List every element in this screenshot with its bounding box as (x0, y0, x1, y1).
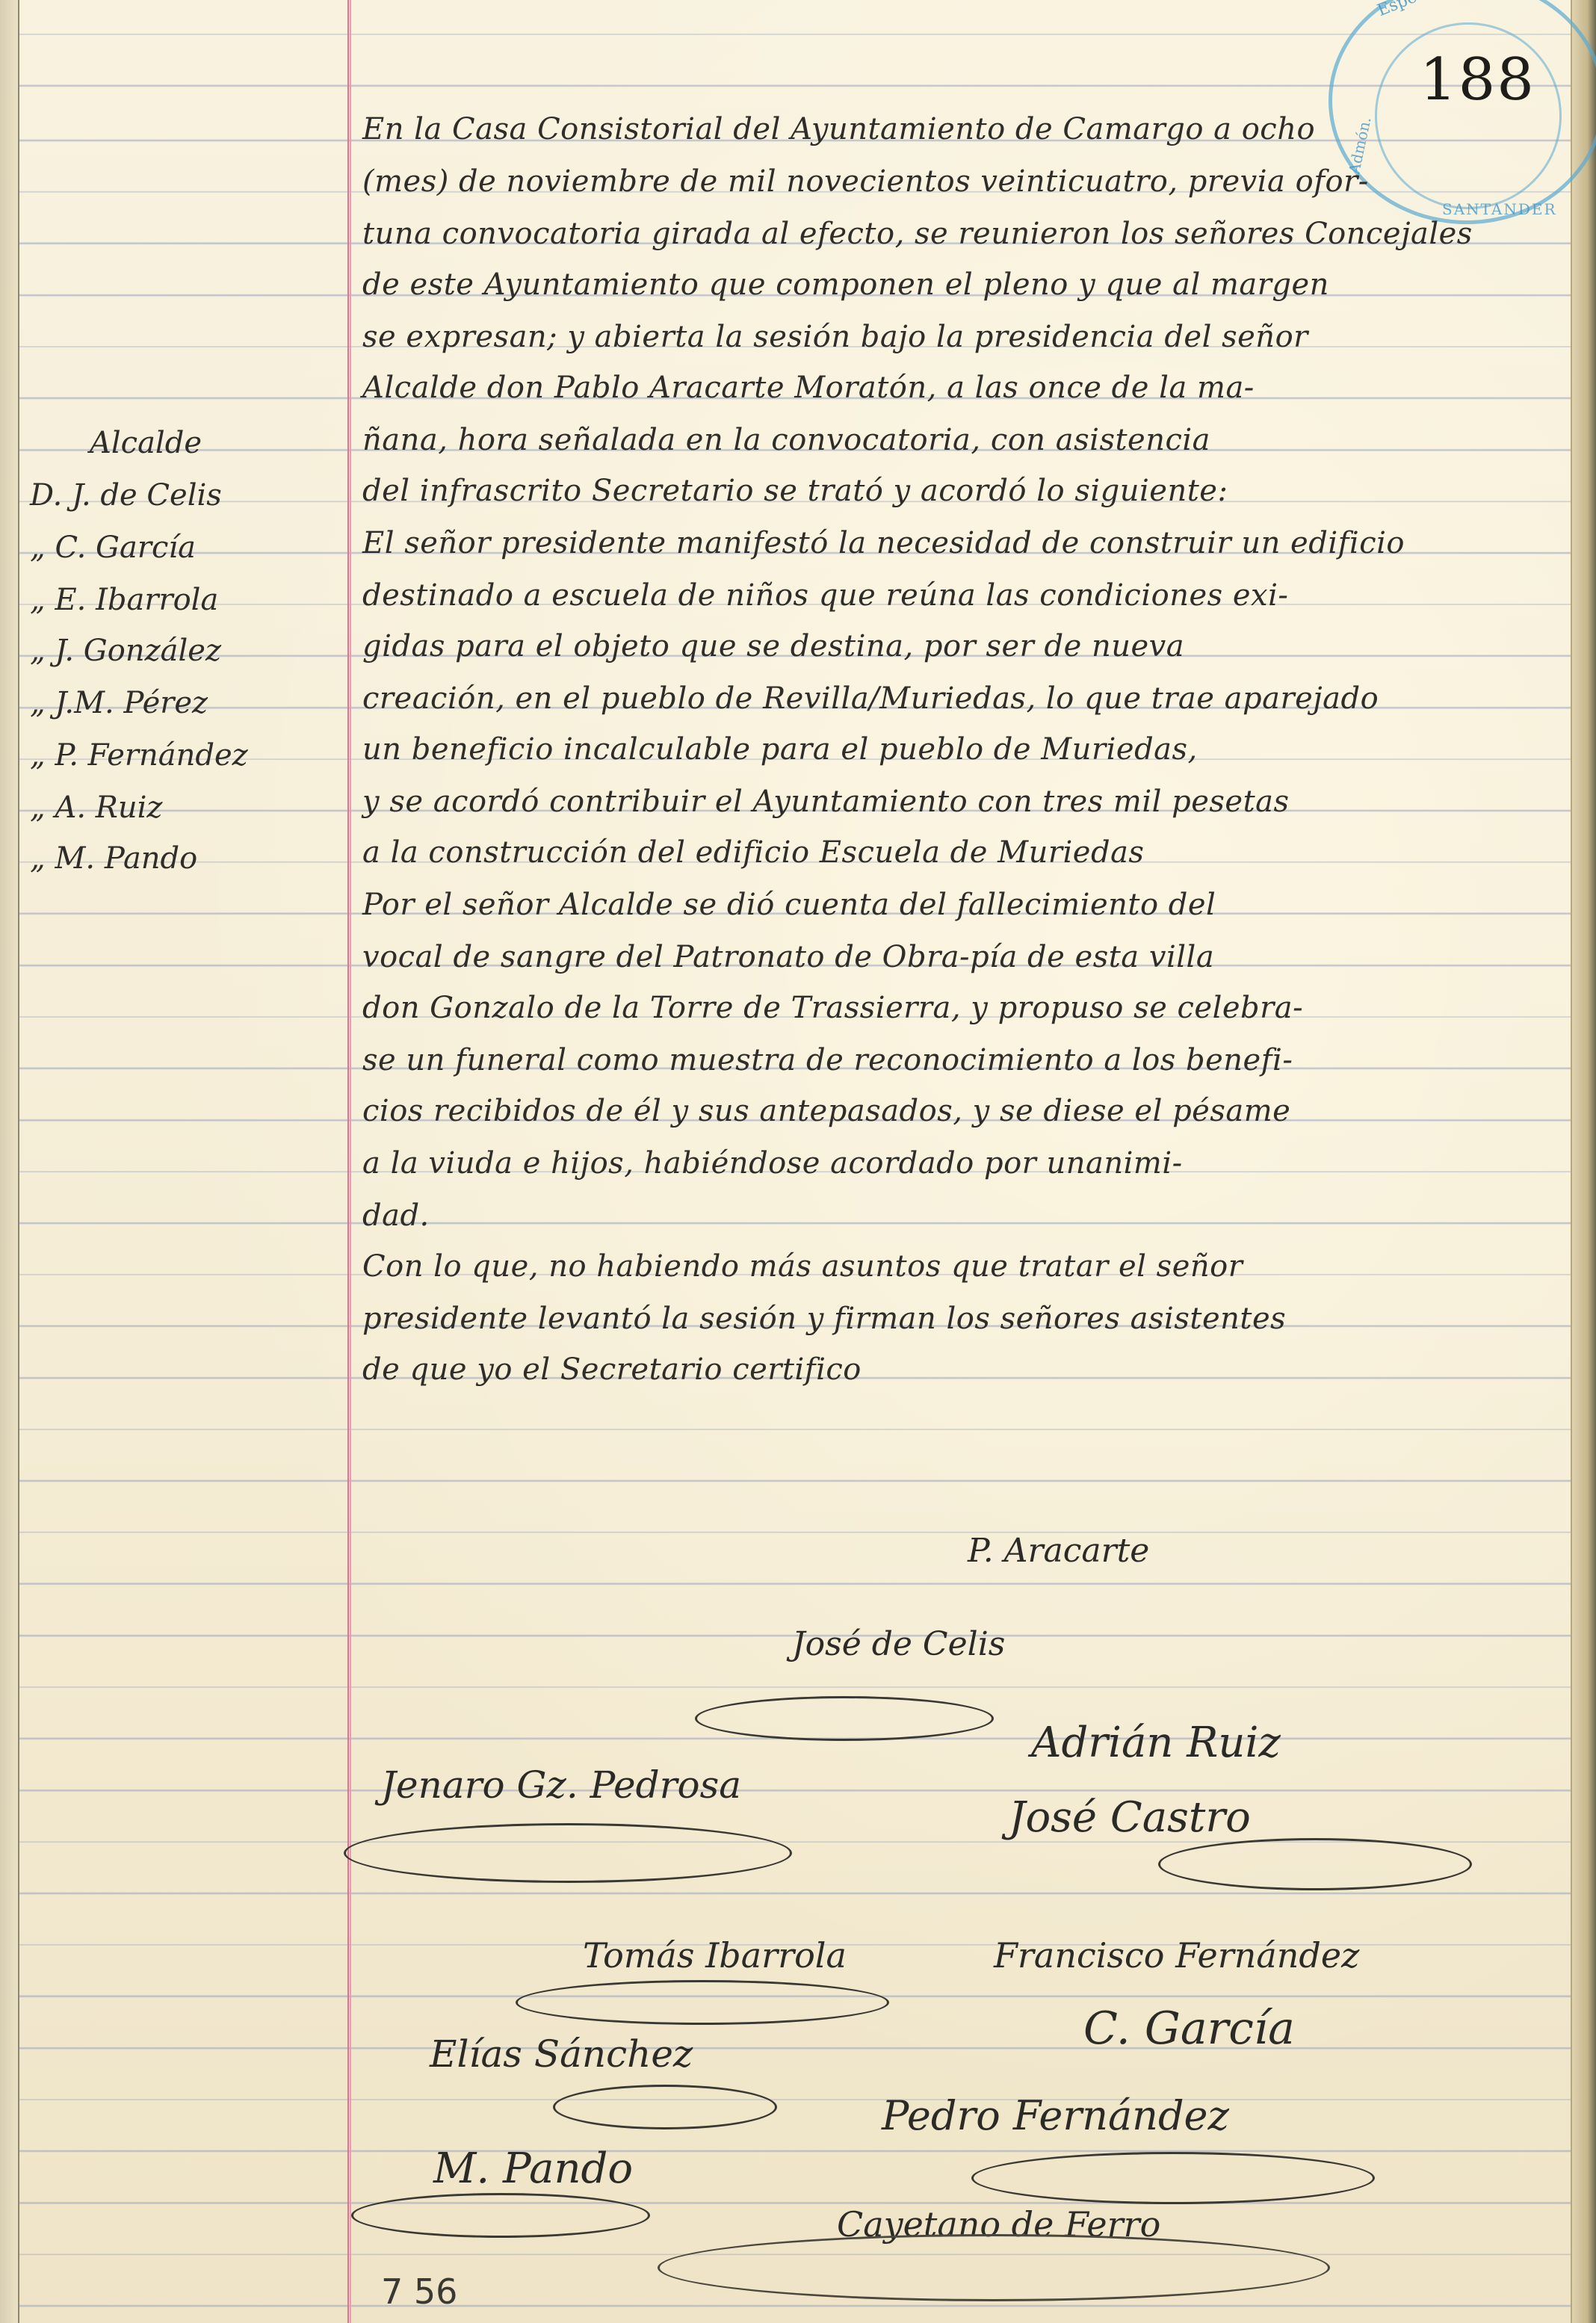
signature: Jenaro Gz. Pedrosa (381, 1763, 741, 1807)
body-line: y se acordó contribuir el Ayuntamiento c… (362, 785, 1290, 819)
body-line: se un funeral como muestra de reconocimi… (362, 1043, 1293, 1077)
red-margin-line (347, 0, 351, 2323)
signature: M. Pando (433, 2144, 633, 2193)
right-binding-edge (1571, 0, 1596, 2323)
signature-flourish (516, 1980, 889, 2025)
body-line: Por el señor Alcalde se dió cuenta del f… (362, 888, 1216, 922)
signature-flourish (971, 2152, 1375, 2204)
body-line: de que yo el Secretario certifico (362, 1352, 862, 1387)
signature: José Castro (1009, 1793, 1251, 1842)
body-line: presidente levantó la sesión y firman lo… (362, 1302, 1286, 1336)
margin-name: D. J. de Celis (30, 478, 222, 513)
signature-flourish (351, 2193, 650, 2238)
body-line: cios recibidos de él y sus antepasados, … (362, 1094, 1290, 1128)
signature: P. Aracarte (968, 1532, 1149, 1570)
margin-name: „ J.M. Pérez (30, 686, 208, 720)
body-line: un beneficio incalculable para el pueblo… (362, 732, 1198, 767)
body-line: se expresan; y abierta la sesión bajo la… (362, 320, 1308, 354)
margin-name: „ C. García (30, 531, 196, 565)
body-line: don Gonzalo de la Torre de Trassierra, y… (362, 991, 1303, 1025)
body-line: dad. (362, 1198, 430, 1233)
body-line: creación, en el pueblo de Revilla/Muried… (362, 681, 1379, 716)
signature: Pedro Fernández (882, 2092, 1229, 2139)
body-line: de este Ayuntamiento que componen el ple… (362, 267, 1329, 302)
signature: Adrián Ruiz (1031, 1719, 1281, 1767)
body-line: ñana, hora señalada en la convocatoria, … (362, 423, 1210, 457)
stamp-text-bottom: SANTANDER (1442, 200, 1557, 218)
body-line: a la construcción del edificio Escuela d… (362, 835, 1144, 870)
folio-number: 188 (1420, 46, 1535, 114)
signature-flourish (344, 1823, 792, 1883)
body-line: del infrascrito Secretario se trató y ac… (362, 474, 1228, 508)
left-binding-edge (0, 0, 19, 2323)
body-line: gidas para el objeto que se destina, por… (362, 629, 1184, 664)
margin-name: „ E. Ibarrola (30, 583, 218, 617)
margin-name: „ P. Fernández (30, 738, 248, 773)
signature: C. García (1083, 2002, 1295, 2055)
manuscript-page: Espectal de Rentas Admón. SANTANDER 188 … (0, 0, 1596, 2323)
body-line: tuna convocatoria girada al efecto, se r… (362, 217, 1473, 251)
body-line: vocal de sangre del Patronato de Obra-pí… (362, 940, 1214, 974)
body-line: destinado a escuela de niños que reúna l… (362, 578, 1288, 613)
signature-flourish (1158, 1838, 1472, 1890)
signature: Tomás Ibarrola (583, 1935, 847, 1976)
signature-flourish (553, 2085, 777, 2129)
margin-name: „ J. González (30, 634, 221, 668)
body-line: El señor presidente manifestó la necesid… (362, 526, 1405, 560)
body-line: (mes) de noviembre de mil novecientos ve… (362, 164, 1369, 199)
margin-heading: Alcalde (90, 426, 202, 460)
body-line: Con lo que, no habiendo más asuntos que … (362, 1249, 1243, 1284)
signature-flourish (658, 2234, 1330, 2301)
margin-name: „ A. Ruiz (30, 791, 163, 825)
signature-flourish (695, 1696, 994, 1741)
signature: Elías Sánchez (430, 2032, 693, 2076)
pencil-marks: 7 56 (381, 2271, 457, 2312)
margin-name: „ M. Pando (30, 841, 197, 876)
signature: José de Celis (792, 1625, 1005, 1663)
body-line: Alcalde don Pablo Aracarte Moratón, a la… (362, 371, 1255, 405)
body-line: a la viuda e hijos, habiéndose acordado … (362, 1146, 1183, 1181)
signature: Francisco Fernández (994, 1935, 1359, 1976)
body-line: En la Casa Consistorial del Ayuntamiento… (362, 112, 1315, 146)
